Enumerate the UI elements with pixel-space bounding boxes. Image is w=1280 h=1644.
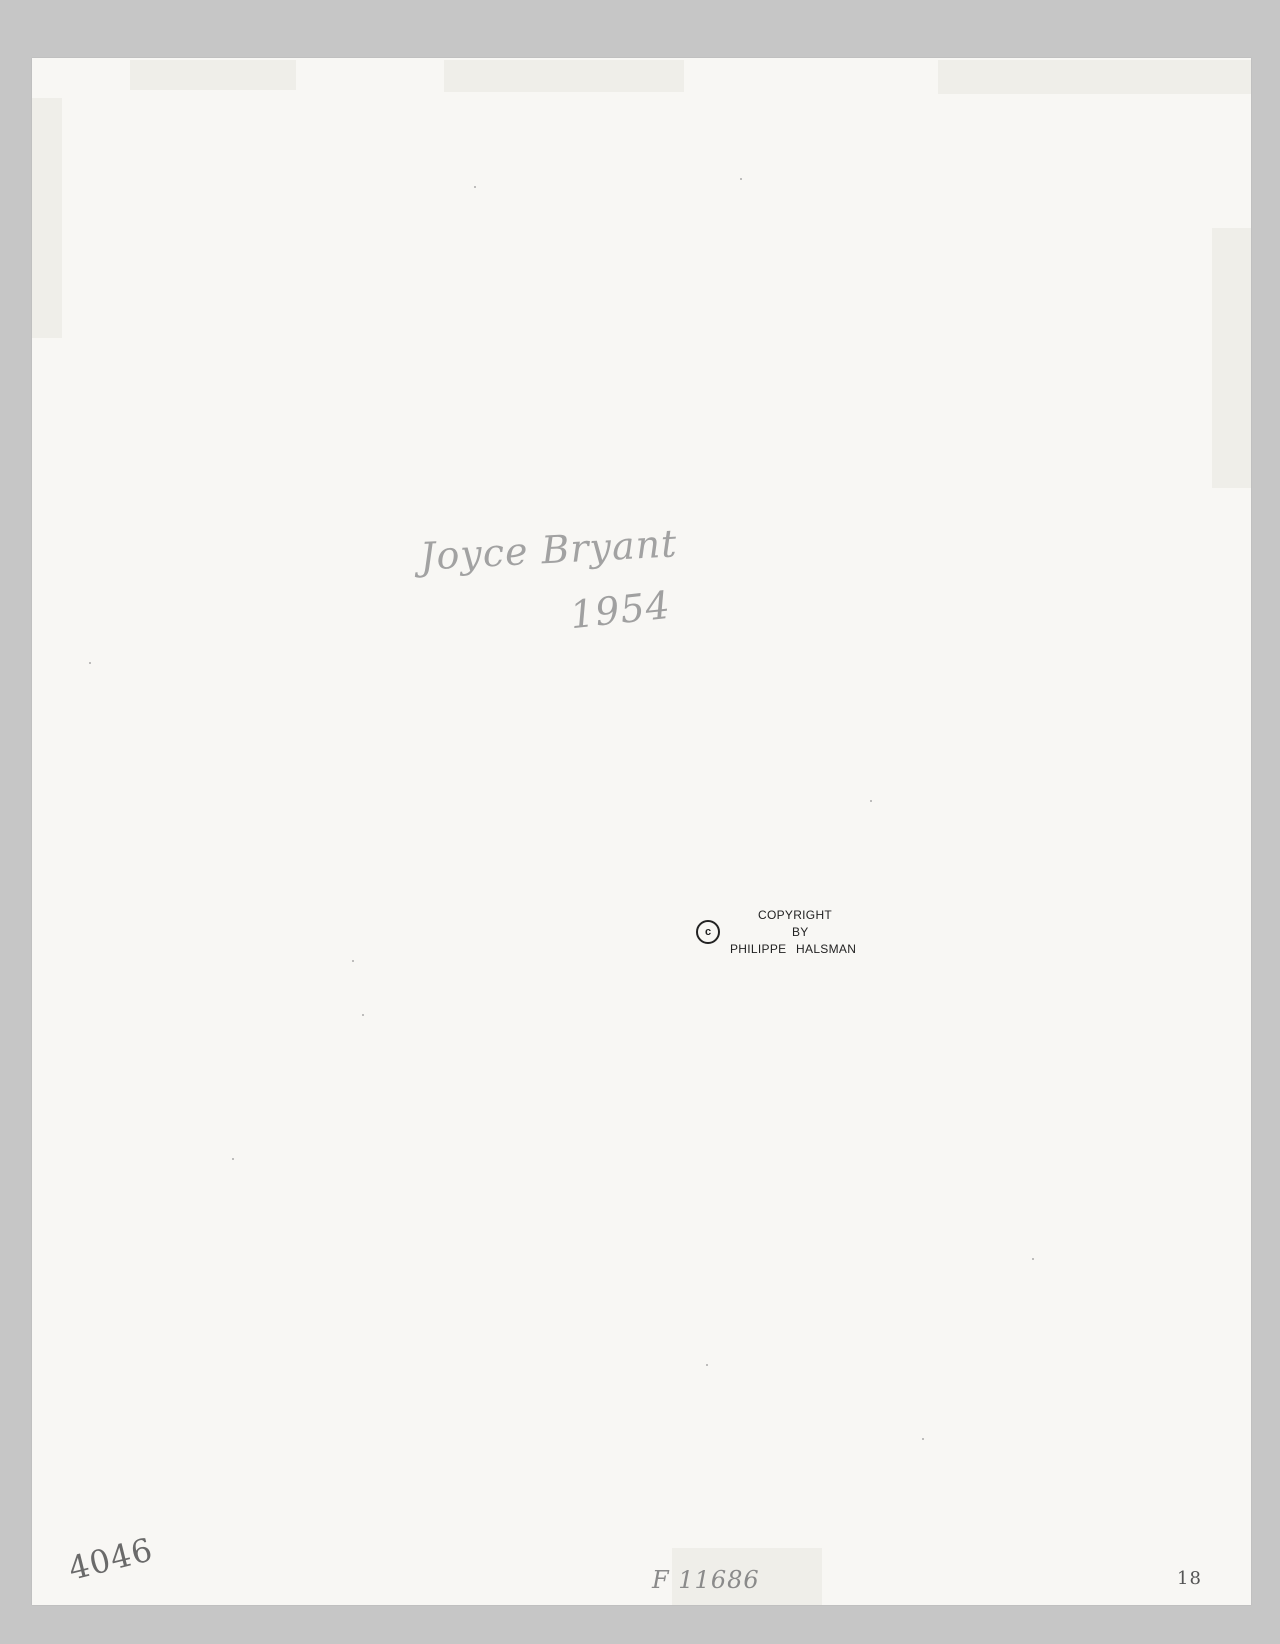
copyright-symbol-icon: c [696, 920, 720, 944]
dust-speck [706, 1364, 708, 1366]
handwritten-page-number: 18 [1177, 1568, 1202, 1589]
dust-speck [362, 1014, 364, 1016]
copyright-stamp: c COPYRIGHT BY PHILIPPE HALSMAN [692, 908, 892, 978]
handwritten-year: 1954 [568, 583, 673, 637]
tape-residue-left-edge [32, 98, 62, 338]
tape-residue-top-center [444, 60, 684, 92]
dust-speck [740, 178, 742, 180]
photo-back-paper: Joyce Bryant 1954 c COPYRIGHT BY PHILIPP… [32, 58, 1251, 1605]
stamp-line-copyright: COPYRIGHT [758, 908, 832, 922]
handwritten-subject-name: Joyce Bryant [419, 521, 678, 578]
dust-speck [352, 960, 354, 962]
tape-residue-top-right [938, 60, 1251, 94]
dust-speck [232, 1158, 234, 1160]
dust-speck [474, 186, 476, 188]
dust-speck [922, 1438, 924, 1440]
dust-speck [1032, 1258, 1034, 1260]
handwritten-file-number: F 11686 [652, 1566, 760, 1594]
dust-speck [89, 662, 91, 664]
dust-speck [870, 800, 872, 802]
handwritten-inventory-number: 4046 [65, 1530, 157, 1588]
tape-residue-top-left [130, 60, 296, 90]
stamp-line-by: BY [792, 925, 809, 939]
tape-residue-right-edge [1212, 228, 1251, 488]
stamp-line-photographer: PHILIPPE HALSMAN [730, 942, 856, 956]
